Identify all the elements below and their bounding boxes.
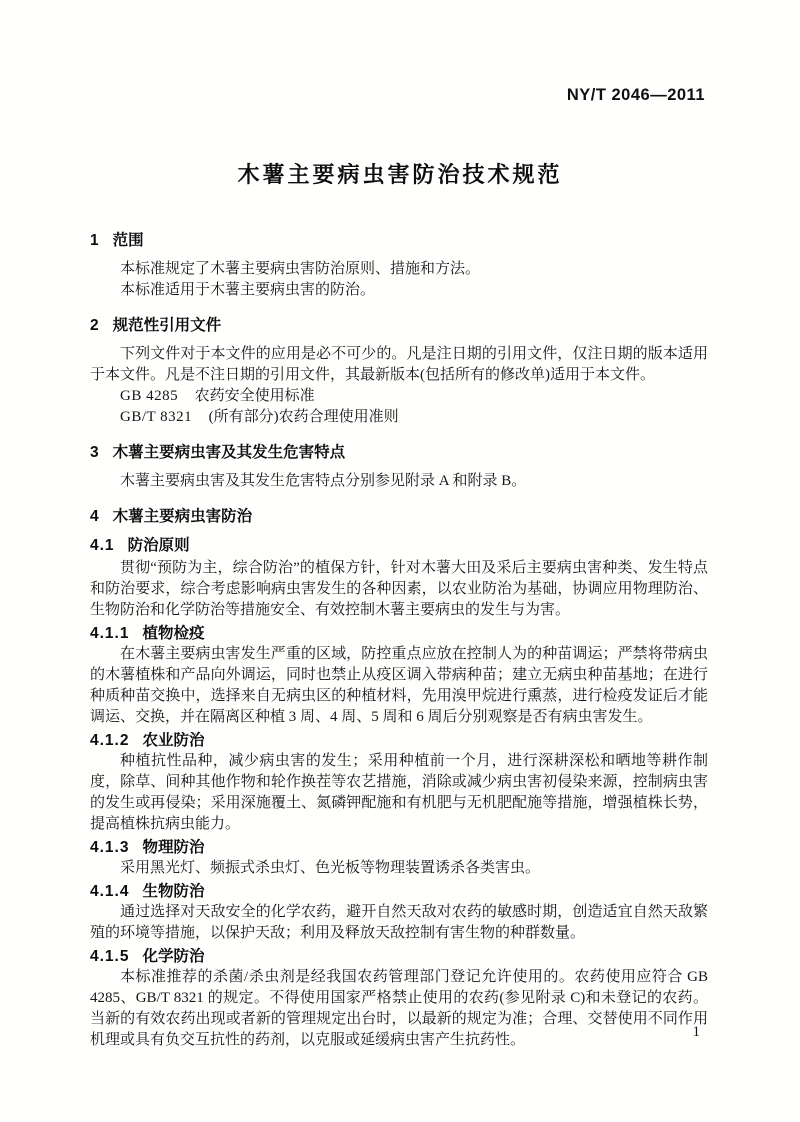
section-title: 木薯主要病虫害及其发生危害特点 <box>113 444 346 461</box>
paragraph: 本标准规定了木薯主要病虫害防治原则、措施和方法。 <box>90 259 708 280</box>
section-title: 规范性引用文件 <box>113 317 222 334</box>
subsection-heading-4-1-4: 4.1.4生物防治 <box>90 881 708 902</box>
reference-item: GB/T 8321(所有部分)农药合理使用准则 <box>90 407 708 428</box>
section-title: 农业防治 <box>142 732 204 749</box>
page-number: 1 <box>693 1024 701 1041</box>
section-heading-3: 3木薯主要病虫害及其发生危害特点 <box>90 442 708 463</box>
section-number: 1 <box>90 232 100 249</box>
document-body: 1范围 本标准规定了木薯主要病虫害防治原则、措施和方法。 本标准适用于木薯主要病… <box>90 216 708 1051</box>
section-number: 3 <box>90 444 100 461</box>
paragraph: 本标准推荐的杀菌/杀虫剂是经我国农药管理部门登记允许使用的。农药使用应符合 GB… <box>90 967 708 1051</box>
section-heading-1: 1范围 <box>90 230 708 251</box>
paragraph: 通过选择对天敌安全的化学农药，避开自然天敌对农药的敏感时期，创造适宜自然天敌繁殖… <box>90 902 708 944</box>
section-number: 2 <box>90 317 100 334</box>
paragraph: 本标准适用于木薯主要病虫害的防治。 <box>90 280 708 301</box>
reference-code: GB 4285 <box>120 388 178 404</box>
document-page: NY/T 2046—2011 木薯主要病虫害防治技术规范 1范围 本标准规定了木… <box>0 0 800 1122</box>
subsection-heading-4-1-3: 4.1.3物理防治 <box>90 837 708 858</box>
subsection-heading-4-1: 4.1防治原则 <box>90 535 708 556</box>
reference-name: (所有部分)农药合理使用准则 <box>209 409 399 425</box>
paragraph: 在木薯主要病虫害发生严重的区域，防控重点应放在控制人为的种苗调运；严禁将带病虫的… <box>90 644 708 728</box>
subsection-heading-4-1-1: 4.1.1植物检疫 <box>90 623 708 644</box>
reference-name: 农药安全使用标准 <box>195 388 315 404</box>
section-number: 4.1.2 <box>90 732 129 749</box>
section-title: 范围 <box>113 232 144 249</box>
paragraph: 采用黑光灯、频振式杀虫灯、色光板等物理装置诱杀各类害虫。 <box>90 858 708 879</box>
section-title: 物理防治 <box>142 839 204 856</box>
section-title: 化学防治 <box>142 948 204 965</box>
section-number: 4.1.1 <box>90 625 129 642</box>
section-title: 生物防治 <box>142 883 204 900</box>
section-number: 4.1.5 <box>90 948 129 965</box>
section-number: 4.1.4 <box>90 883 129 900</box>
reference-item: GB 4285农药安全使用标准 <box>90 386 708 407</box>
paragraph: 贯彻“预防为主，综合防治”的植保方针，针对木薯大田及采后主要病虫害种类、发生特点… <box>90 558 708 621</box>
section-heading-2: 2规范性引用文件 <box>90 315 708 336</box>
subsection-heading-4-1-2: 4.1.2农业防治 <box>90 730 708 751</box>
paragraph: 下列文件对于本文件的应用是必不可少的。凡是注日期的引用文件，仅注日期的版本适用于… <box>90 344 708 386</box>
document-title: 木薯主要病虫害防治技术规范 <box>0 158 800 189</box>
section-number: 4.1 <box>90 537 115 554</box>
section-number: 4.1.3 <box>90 839 129 856</box>
section-title: 防治原则 <box>128 537 190 554</box>
paragraph: 木薯主要病虫害及其发生危害特点分别参见附录 A 和附录 B。 <box>90 471 708 492</box>
section-heading-4: 4木薯主要病虫害防治 <box>90 506 708 527</box>
subsection-heading-4-1-5: 4.1.5化学防治 <box>90 946 708 967</box>
section-title: 木薯主要病虫害防治 <box>113 508 253 525</box>
standard-number: NY/T 2046—2011 <box>567 86 705 105</box>
section-title: 植物检疫 <box>142 625 204 642</box>
paragraph: 种植抗性品种，减少病虫害的发生；采用种植前一个月，进行深耕深松和晒地等耕作制度，… <box>90 751 708 835</box>
section-number: 4 <box>90 508 100 525</box>
reference-code: GB/T 8321 <box>120 409 192 425</box>
